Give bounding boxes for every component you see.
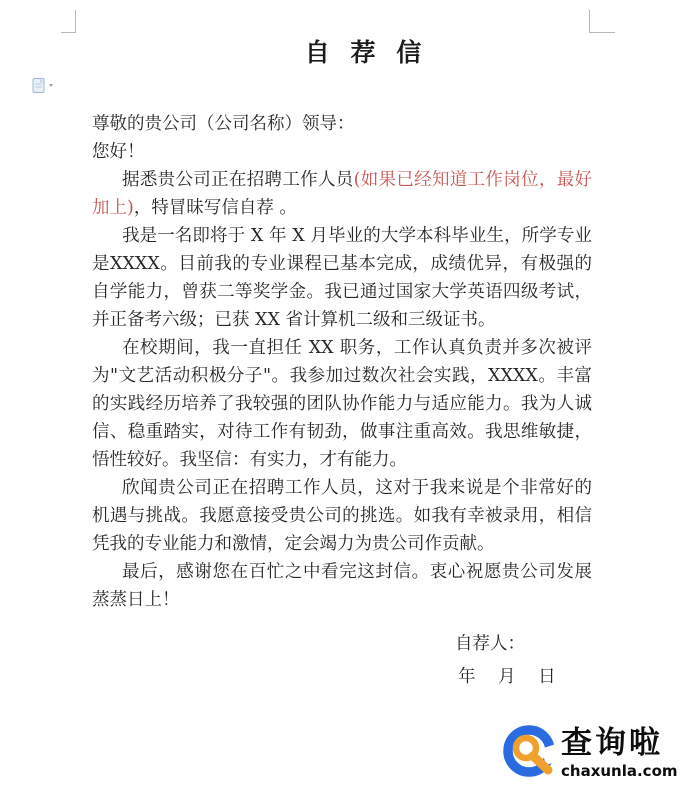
document-page: 自 荐 信 尊敬的贵公司（公司名称）领导： 您好！ 据悉贵公司正在招聘工作人员(… xyxy=(0,0,682,811)
paragraph: 最后，感谢您在百忙之中看完这封信。衷心祝愿贵公司发展蒸蒸日上！ xyxy=(92,558,592,614)
paragraph: 在校期间，我一直担任 XX 职务，工作认真负责并多次被评为"文艺活动积极分子"。… xyxy=(92,334,592,474)
salutation-line: 尊敬的贵公司（公司名称）领导： xyxy=(92,110,592,138)
watermark-brand: 查询啦 xyxy=(561,724,663,762)
magnifier-q-icon xyxy=(501,722,559,782)
letter-paragraphs: 据悉贵公司正在招聘工作人员(如果已经知道工作岗位，最好加上)，特冒昧写信自荐 。… xyxy=(92,166,592,614)
text-segment: 欣闻贵公司正在招聘工作人员，这对于我来说是个非常好的机遇与挑战。我愿意接受贵公司… xyxy=(92,478,592,554)
letter-title: 自 荐 信 xyxy=(305,33,427,69)
text-segment: 据悉贵公司正在招聘工作人员 xyxy=(122,170,354,190)
margin-mark-top-left xyxy=(61,10,76,33)
signer-label: 自荐人： xyxy=(455,630,525,655)
text-segment: ，特冒昧写信自荐 。 xyxy=(134,198,297,218)
chevron-down-icon xyxy=(49,84,53,87)
text-segment: 在校期间，我一直担任 XX 职务，工作认真负责并多次被评为"文艺活动积极分子"。… xyxy=(92,338,592,470)
watermark-domain: chaxunla.com xyxy=(561,763,678,779)
letter-body: 尊敬的贵公司（公司名称）领导： 您好！ 据悉贵公司正在招聘工作人员(如果已经知道… xyxy=(92,110,592,614)
text-segment: 最后，感谢您在百忙之中看完这封信。衷心祝愿贵公司发展蒸蒸日上！ xyxy=(92,562,592,610)
greeting-line: 您好！ xyxy=(92,138,592,166)
date-line: 年 月 日 xyxy=(458,663,556,688)
watermark-logo: 查询啦 chaxunla.com xyxy=(501,722,678,782)
text-segment: 我是一名即将于 X 年 X 月毕业的大学本科毕业生，所学专业是XXXX。目前我的… xyxy=(92,226,592,330)
watermark-text: 查询啦 chaxunla.com xyxy=(561,722,678,779)
paragraph: 据悉贵公司正在招聘工作人员(如果已经知道工作岗位，最好加上)，特冒昧写信自荐 。 xyxy=(92,166,592,222)
paragraph: 我是一名即将于 X 年 X 月毕业的大学本科毕业生，所学专业是XXXX。目前我的… xyxy=(92,222,592,334)
margin-mark-top-right xyxy=(589,10,615,33)
paragraph: 欣闻贵公司正在招聘工作人员，这对于我来说是个非常好的机遇与挑战。我愿意接受贵公司… xyxy=(92,474,592,558)
clipboard-paste-icon xyxy=(32,77,58,95)
paste-options-button[interactable] xyxy=(32,77,58,95)
